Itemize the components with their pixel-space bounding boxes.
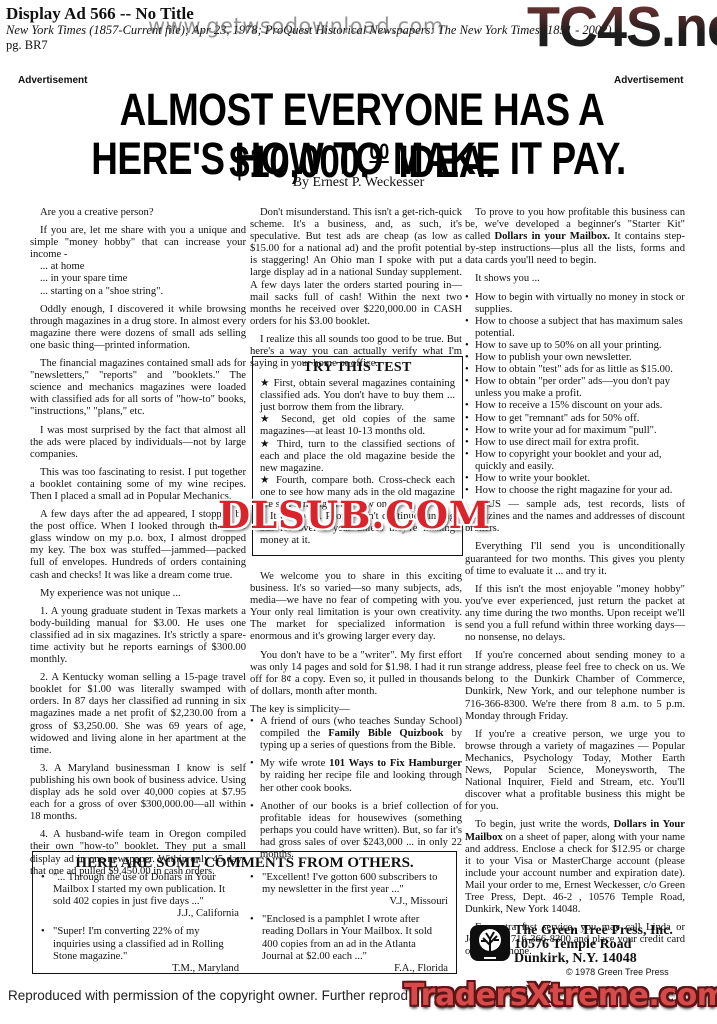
paragraph: Don't misunderstand. This isn't a get-ri… xyxy=(250,207,462,328)
publisher-name: The Green Tree Press, Inc. xyxy=(514,924,673,938)
list-item: How to use direct mail for extra profit. xyxy=(465,437,685,449)
watermark-traders: TradersXtreme.com xyxy=(404,978,717,1013)
paragraph: If you're a creative person, we urge you… xyxy=(465,729,685,814)
income-list: ... at home ... in your spare time ... s… xyxy=(30,261,246,297)
publisher-street: 10576 Temple Road xyxy=(514,938,673,952)
testimonial: "Super! I'm converting 22% of my inquiri… xyxy=(41,926,239,974)
list-item: How to obtain "test" ads for as little a… xyxy=(465,364,685,376)
paragraph: If you're concerned about sending money … xyxy=(465,650,685,723)
list-item: ... at home xyxy=(30,261,246,273)
paragraph: My experience was not unique ... xyxy=(30,588,246,600)
testimonial: "Excellent! I've gotton 600 subscribers … xyxy=(250,872,448,908)
comments-title: HERE ARE SOME COMMENTS FROM OTHERS. xyxy=(41,857,448,869)
list-item: How to write your booklet. xyxy=(465,473,685,485)
paragraph: 2. A Kentucky woman selling a 15-page tr… xyxy=(30,672,246,757)
copyright-notice: © 1978 Green Tree Press xyxy=(566,967,669,977)
watermark-tc4s: TC4S.net xyxy=(527,0,717,60)
paragraph: If you are, let me share with you a uniq… xyxy=(30,225,246,261)
test-step: ★ Second, get old copies of the same mag… xyxy=(260,414,455,438)
comments-left-column: "... Through the use of Dollars in Your … xyxy=(41,872,239,981)
list-item: How to save up to 50% on all your printi… xyxy=(465,340,685,352)
paragraph: We welcome you to share in this exciting… xyxy=(250,571,462,644)
paragraph: It shows you ... xyxy=(465,273,685,285)
list-item: How to choose the right magazine for you… xyxy=(465,485,685,497)
list-item: ... in your spare time xyxy=(30,273,246,285)
paragraph: You don't have to be a "writer". My firs… xyxy=(250,650,462,698)
example-bullet: A friend of ours (who teaches Sunday Sch… xyxy=(250,716,462,752)
publisher-address: The Green Tree Press, Inc. 10576 Temple … xyxy=(514,924,673,966)
article-column-2-lower: We welcome you to share in this exciting… xyxy=(250,571,462,861)
article-column-3: To prove to you how profitable this busi… xyxy=(465,207,685,964)
article-column-2: Don't misunderstand. This isn't a get-ri… xyxy=(250,207,462,376)
list-item: How to choose a subject that has maximum… xyxy=(465,316,685,340)
paragraph: To begin, just write the words, Dollars … xyxy=(465,819,685,916)
paragraph: The financial magazines contained small … xyxy=(30,358,246,418)
article-column-1: Are you a creative person? If you are, l… xyxy=(30,207,246,884)
paragraph: I was most surprised by the fact that al… xyxy=(30,425,246,461)
byline: By Ernest P. Weckesser xyxy=(0,175,717,191)
testimonial: "... Through the use of Dollars in Your … xyxy=(41,872,239,920)
header-page: pg. BR7 xyxy=(6,38,48,53)
paragraph: 3. A Maryland businessman I know is self… xyxy=(30,763,246,823)
test-box-title: TRY THIS TEST xyxy=(260,362,455,374)
test-step: ★ First, obtain several magazines contai… xyxy=(260,378,455,414)
paragraph: Are you a creative person? xyxy=(30,207,246,219)
paragraph: If this isn't the most enjoyable "money … xyxy=(465,584,685,644)
list-item: ... starting on a "shoe string". xyxy=(30,286,246,298)
list-item: How to write your ad for maximum "pull". xyxy=(465,425,685,437)
list-item: How to publish your own newsletter. xyxy=(465,352,685,364)
footer-reproduction-notice: Reproduced with permission of the copyri… xyxy=(8,988,408,1003)
publisher-city: Dunkirk, N.Y. 14048 xyxy=(514,952,673,966)
watermark-dlsub: DLSUB.COM xyxy=(218,493,491,537)
list-item: How to obtain "per order" ads—you don't … xyxy=(465,376,685,400)
paragraph: Everything I'll send you is unconditiona… xyxy=(465,541,685,577)
list-item: How to copyright your booklet and your a… xyxy=(465,449,685,473)
paragraph: To prove to you how profitable this busi… xyxy=(465,207,685,267)
comments-box: HERE ARE SOME COMMENTS FROM OTHERS. "...… xyxy=(32,851,457,974)
paragraph: The key is simplicity— xyxy=(250,704,462,716)
paragraph: This was too fascinating to resist. I pu… xyxy=(30,467,246,503)
testimonial: "Enclosed is a pamphlet I wrote after re… xyxy=(250,914,448,974)
tree-icon xyxy=(470,925,510,961)
test-step: ★ Third, turn to the classified sections… xyxy=(260,439,455,475)
watermark-getwso: www.getwsodownload.com xyxy=(148,14,444,38)
comments-right-column: "Excellent! I've gotton 600 subscribers … xyxy=(250,872,448,981)
list-item: How to get "remnant" ads for 50% off. xyxy=(465,413,685,425)
example-bullet: My wife wrote 101 Ways to Fix Hamburger … xyxy=(250,758,462,794)
list-item: How to receive a 15% discount on your ad… xyxy=(465,400,685,412)
paragraph: PLUS — sample ads, test records, lists o… xyxy=(465,499,685,535)
list-item: How to begin with virtually no money in … xyxy=(465,292,685,316)
kit-contents-list: How to begin with virtually no money in … xyxy=(465,292,685,498)
paragraph: 1. A young graduate student in Texas mar… xyxy=(30,606,246,666)
paragraph: A few days after the ad appeared, I stop… xyxy=(30,509,246,582)
paragraph: Oddly enough, I discovered it while brow… xyxy=(30,304,246,352)
